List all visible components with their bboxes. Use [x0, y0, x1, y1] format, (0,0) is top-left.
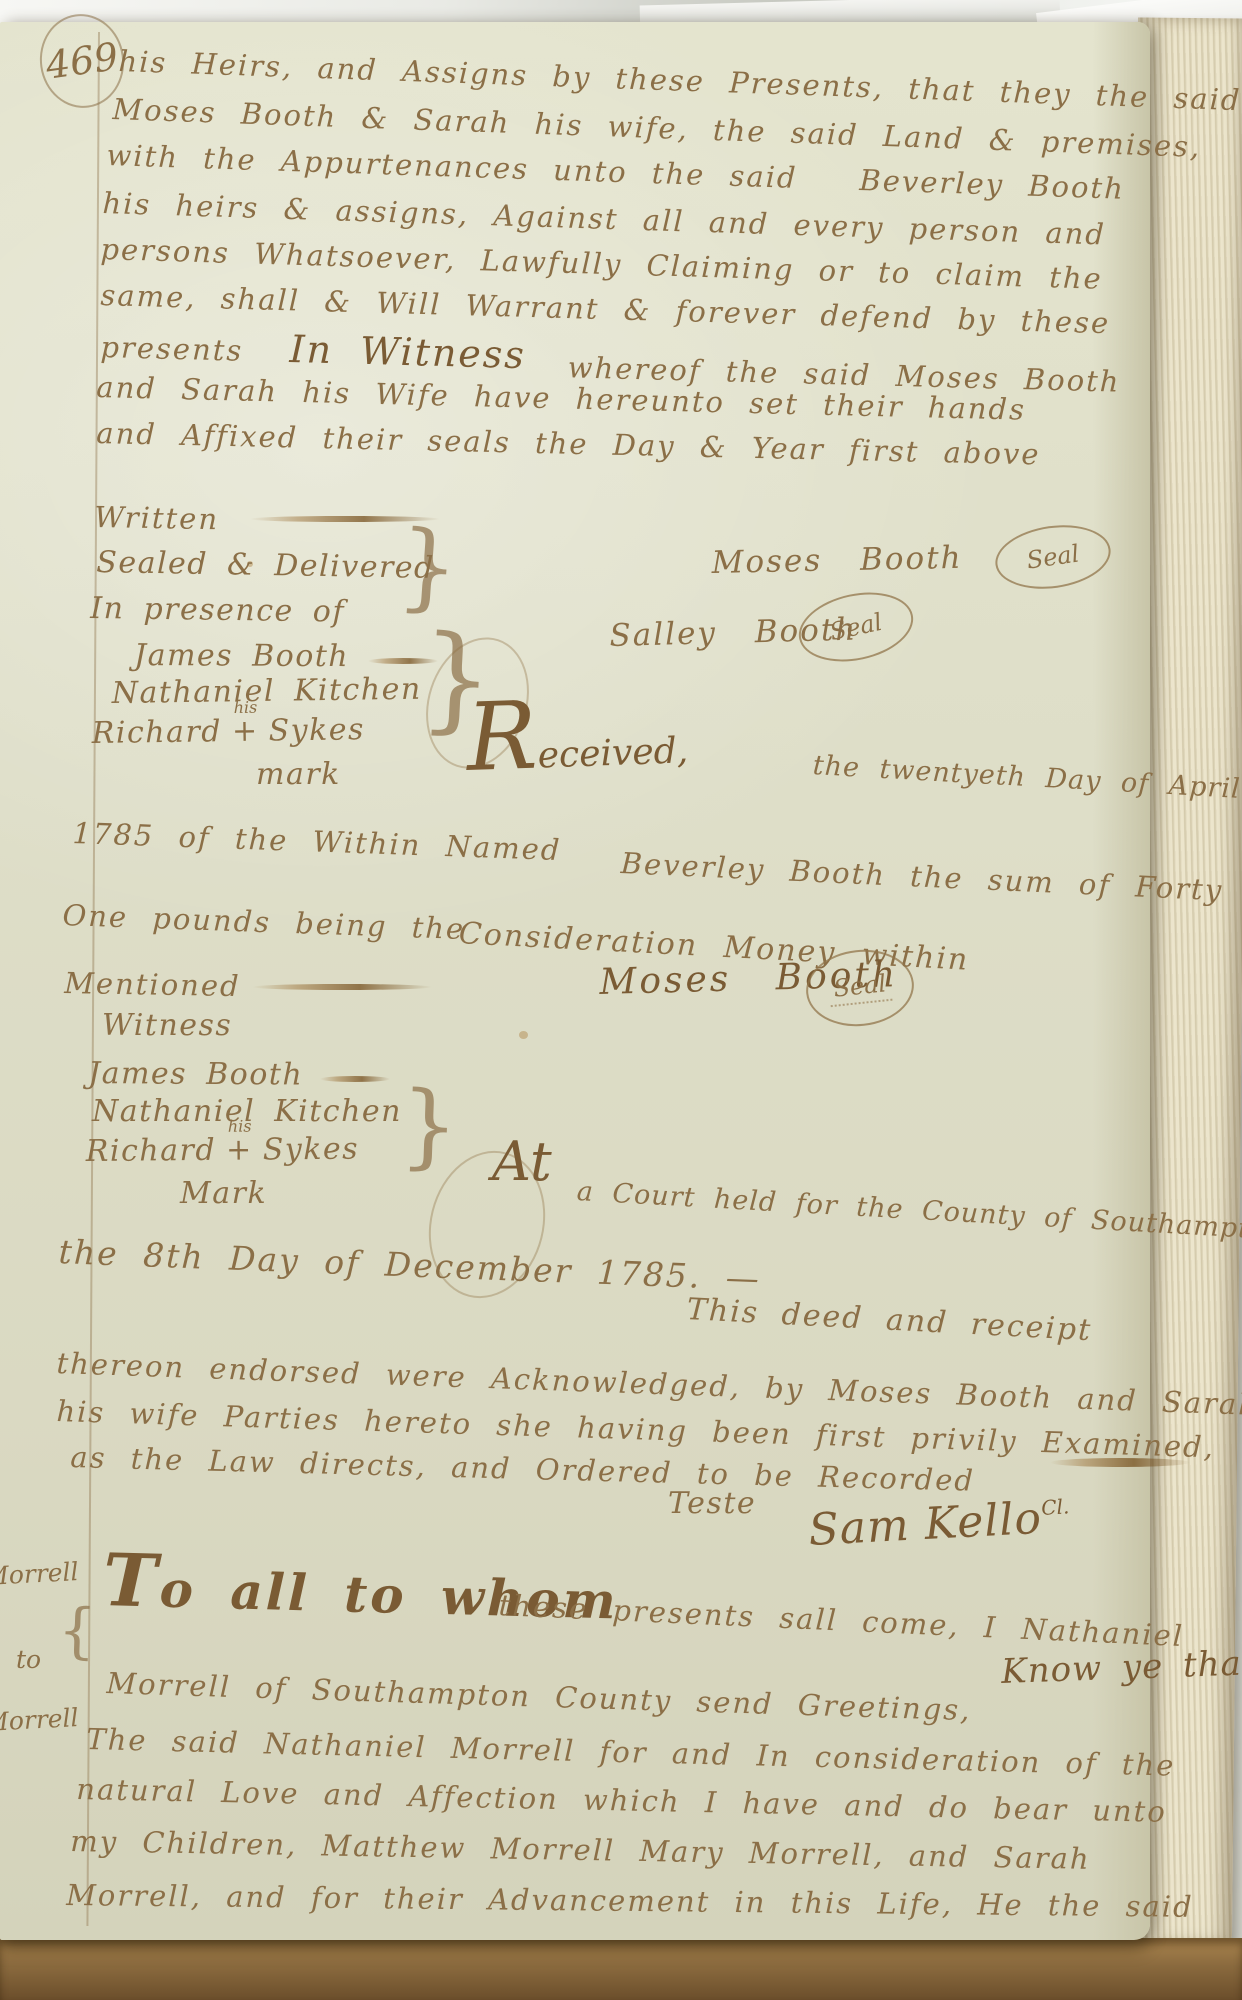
mark-witness-last: Sykes [268, 712, 365, 748]
deed-line-written: Written [94, 500, 219, 536]
teste-label: Teste [668, 1486, 756, 1521]
mark-witness-last: Sykes [263, 1132, 360, 1168]
attestation-brace: } [394, 510, 462, 624]
witness-name-with-mark: Richardhis+Sykes [86, 1132, 360, 1169]
witness-name-with-mark: Richardhis+Sykes [92, 712, 366, 751]
received-opening: Received, [465, 698, 688, 779]
ink-stain [519, 1031, 528, 1039]
mark-label: Mark [180, 1176, 267, 1211]
signature: Moses Booth [711, 540, 963, 581]
margin-brace: { [57, 1595, 98, 1666]
mark-witness-first: Richard [86, 1133, 217, 1169]
court-at-word: At [492, 1130, 552, 1193]
seal-text: Seal [827, 608, 884, 646]
page-number-text: 469 [43, 34, 121, 88]
sealed-delivered-label: Sealed & Delivered [96, 545, 435, 586]
know-ye-phrase: Know ye that [1001, 1643, 1242, 1692]
ink-flourish-dash [1050, 1458, 1190, 1467]
witness-label: Witness [102, 1008, 232, 1043]
seal-text: Seal [1025, 539, 1081, 574]
seal-text: Seal [832, 969, 887, 1002]
witness-name: James Booth [134, 638, 349, 674]
mark-cross: + [226, 1133, 253, 1168]
margin-note: to [16, 1645, 41, 1674]
witnesses-brace: } [398, 1071, 460, 1180]
his-superscript: his [228, 1117, 252, 1136]
mark-label: mark [256, 757, 341, 792]
receipt-line-mentioned: Mentioned [64, 966, 241, 1003]
deed-line-presents: presents [100, 330, 244, 368]
wooden-table [0, 1938, 1242, 2000]
witness-name: Nathaniel Kitchen [112, 672, 422, 711]
ink-flourish-dash [320, 1076, 390, 1082]
his-superscript: his [234, 698, 258, 717]
witness-name: James Booth [88, 1056, 303, 1093]
mark-cross: + [232, 714, 259, 749]
photo-of-deed-book: { "colors": {"ink": "#8b6f47", "paper": … [0, 0, 1242, 2000]
in-presence-label: In presence of [90, 591, 345, 630]
clerk-title-superscript: Cl. [1041, 1494, 1070, 1519]
mark-witness-first: Richard [92, 714, 223, 751]
ink-flourish-dash [252, 984, 432, 990]
margin-note: Morrell [0, 1703, 79, 1737]
margin-note: Morrell [0, 1557, 79, 1591]
in-witness-phrase: In Witness [289, 327, 526, 377]
